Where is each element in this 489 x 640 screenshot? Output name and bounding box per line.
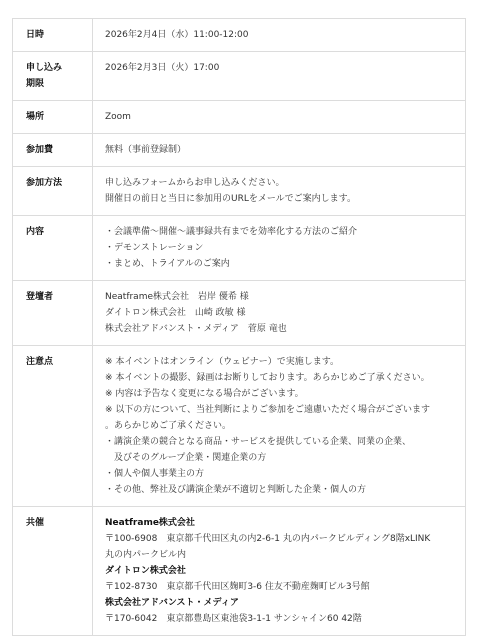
row-notes: 注意点 ※ 本イベントはオンライン（ウェビナー）で実施します。 ※ 本イベントの…: [13, 346, 466, 507]
row-speakers: 登壇者 Neatframe株式会社 岩岸 優希 様 ダイトロン株式会社 山崎 政…: [13, 281, 466, 346]
note-line: ※ 本イベントの撮影、録画はお断りしております。あらかじめご了承ください。: [105, 370, 457, 386]
organizer-address: 〒100-6908 東京都千代田区丸の内2-6-1 丸の内パークビルディング8階…: [105, 531, 457, 547]
row-deadline: 申し込み 期限 2026年2月3日（火）17:00: [13, 52, 466, 101]
value-notes: ※ 本イベントはオンライン（ウェビナー）で実施します。 ※ 本イベントの撮影、録…: [93, 346, 466, 507]
value-deadline: 2026年2月3日（火）17:00: [93, 52, 466, 101]
speaker: ダイトロン株式会社 山崎 政敏 様: [105, 305, 457, 321]
label-content: 内容: [13, 216, 93, 281]
label-co-hosts: 共催: [13, 507, 93, 636]
label-notes: 注意点: [13, 346, 93, 507]
value-datetime: 2026年2月4日（水）11:00-12:00: [93, 19, 466, 52]
organizer-address: 〒170-6042 東京都豊島区東池袋3-1-1 サンシャイン60 42階: [105, 611, 457, 627]
value-fee: 無料（事前登録制）: [93, 134, 466, 167]
value-speakers: Neatframe株式会社 岩岸 優希 様 ダイトロン株式会社 山崎 政敏 様 …: [93, 281, 466, 346]
row-venue: 場所 Zoom: [13, 101, 466, 134]
note-line: 及びそのグループ企業・関連企業の方: [105, 450, 457, 466]
content-item: ・まとめ、トライアルのご案内: [105, 256, 457, 272]
note-line: ・その他、弊社及び講演企業が不適切と判断した企業・個人の方: [105, 482, 457, 498]
label-fee: 参加費: [13, 134, 93, 167]
note-line: ※ 内容は予告なく変更になる場合がございます。: [105, 386, 457, 402]
event-info-table: 日時 2026年2月4日（水）11:00-12:00 申し込み 期限 2026年…: [12, 18, 466, 636]
note-line: ※ 本イベントはオンライン（ウェビナー）で実施します。: [105, 354, 457, 370]
organizer-name: Neatframe株式会社: [105, 515, 457, 531]
note-line: 。あらかじめご了承ください。: [105, 418, 457, 434]
label-speakers: 登壇者: [13, 281, 93, 346]
organizer-address: 〒102-8730 東京都千代田区麹町3-6 住友不動産麹町ビル3号館: [105, 579, 457, 595]
note-line: ・個人や個人事業主の方: [105, 466, 457, 482]
label-datetime: 日時: [13, 19, 93, 52]
note-line: ・講演企業の競合となる商品・サービスを提供している企業、同業の企業、: [105, 434, 457, 450]
label-venue: 場所: [13, 101, 93, 134]
organizer-address: 丸の内パークビル内: [105, 547, 457, 563]
value-co-hosts: Neatframe株式会社 〒100-6908 東京都千代田区丸の内2-6-1 …: [93, 507, 466, 636]
organizer-name: ダイトロン株式会社: [105, 563, 457, 579]
note-line: ※ 以下の方について、当社判断によりご参加をご遠慮いただく場合がございます: [105, 402, 457, 418]
organizer-name: 株式会社アドバンスト・メディア: [105, 595, 457, 611]
value-venue: Zoom: [93, 101, 466, 134]
row-fee: 参加費 無料（事前登録制）: [13, 134, 466, 167]
row-co-hosts: 共催 Neatframe株式会社 〒100-6908 東京都千代田区丸の内2-6…: [13, 507, 466, 636]
row-how-to-join: 参加方法 申し込みフォームからお申し込みください。 開催日の前日と当日に参加用の…: [13, 167, 466, 216]
label-deadline: 申し込み 期限: [13, 52, 93, 101]
row-content: 内容 ・会議準備～開催～議事録共有までを効率化する方法のご紹介 ・デモンストレー…: [13, 216, 466, 281]
value-how-to-join: 申し込みフォームからお申し込みください。 開催日の前日と当日に参加用のURLをメ…: [93, 167, 466, 216]
speaker: 株式会社アドバンスト・メディア 菅原 竜也: [105, 321, 457, 337]
content-item: ・会議準備～開催～議事録共有までを効率化する方法のご紹介: [105, 224, 457, 240]
row-datetime: 日時 2026年2月4日（水）11:00-12:00: [13, 19, 466, 52]
content-item: ・デモンストレーション: [105, 240, 457, 256]
speaker: Neatframe株式会社 岩岸 優希 様: [105, 289, 457, 305]
label-how-to-join: 参加方法: [13, 167, 93, 216]
value-content: ・会議準備～開催～議事録共有までを効率化する方法のご紹介 ・デモンストレーション…: [93, 216, 466, 281]
